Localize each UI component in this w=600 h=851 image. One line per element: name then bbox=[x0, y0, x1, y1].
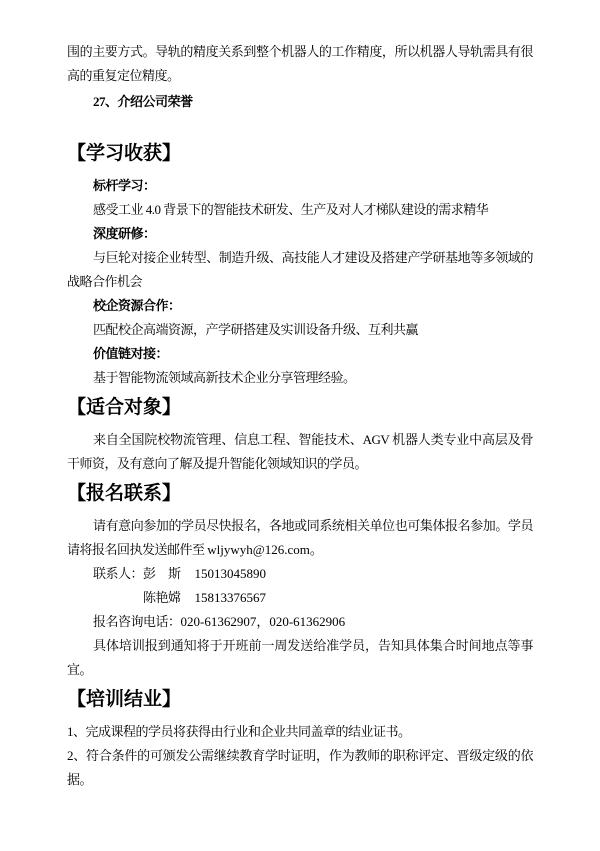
audience-body: 来自全国院校物流管理、信息工程、智能技术、AGV 机器人类专业中高层及骨干师资，… bbox=[67, 428, 533, 476]
section-heading-registration: 【报名联系】 bbox=[67, 482, 533, 506]
contact2-name: 陈艳嫦 bbox=[143, 590, 181, 605]
contact1-name: 彭 斯 bbox=[143, 566, 181, 581]
learning-item-body: 与巨轮对接企业转型、制造升级、高技能人才建设及搭建产学研基地等多领域的战略合作机… bbox=[67, 246, 533, 294]
learning-item-title: 标杆学习： bbox=[67, 174, 533, 198]
contact-line-2: 陈艳嫦15813376567 bbox=[67, 586, 533, 610]
contact-line-1: 联系人：彭 斯15013045890 bbox=[67, 562, 533, 586]
completion-item-2: 2、符合条件的可颁发公需继续教育学时证明，作为教师的职称评定、晋级定级的依据。 bbox=[67, 744, 533, 792]
section-heading-learning: 【学习收获】 bbox=[67, 142, 533, 166]
learning-item-body: 匹配校企高端资源，产学研搭建及实训设备升级、互利共赢 bbox=[67, 318, 533, 342]
learning-item-title: 价值链对接： bbox=[67, 342, 533, 366]
section-heading-audience: 【适合对象】 bbox=[67, 396, 533, 420]
registration-intro: 请有意向参加的学员尽快报名，各地或同系统相关单位也可集体报名参加。学员请将报名回… bbox=[67, 514, 533, 562]
email-text: wljywyh@126.com bbox=[207, 542, 310, 557]
learning-item-title: 深度研修： bbox=[67, 222, 533, 246]
registration-notice: 具体培训报到通知将于开班前一周发送给准学员，告知具体集合时间地点等事宜。 bbox=[67, 634, 533, 682]
continuation-paragraph: 围的主要方式。导轨的精度关系到整个机器人的工作精度，所以机器人导轨需具有很高的重… bbox=[67, 40, 533, 88]
section-heading-completion: 【培训结业】 bbox=[67, 688, 533, 712]
registration-intro-period: 。 bbox=[310, 542, 323, 557]
numbered-item-27: 27、介绍公司荣誉 bbox=[67, 90, 533, 114]
contact1-phone: 15013045890 bbox=[195, 566, 267, 581]
completion-item-1: 1、完成课程的学员将获得由行业和企业共同盖章的结业证书。 bbox=[67, 720, 533, 744]
learning-item-body: 感受工业 4.0 背景下的智能技术研发、生产及对人才梯队建设的需求精华 bbox=[67, 198, 533, 222]
phone-inquiry-line: 报名咨询电话：020-61362907，020-61362906 bbox=[67, 610, 533, 634]
contact2-phone: 15813376567 bbox=[195, 590, 267, 605]
document-page: 围的主要方式。导轨的精度关系到整个机器人的工作精度，所以机器人导轨需具有很高的重… bbox=[0, 0, 600, 851]
phone-inquiry-label: 报名咨询电话： bbox=[93, 614, 181, 629]
learning-item-body: 基于智能物流领域高新技术企业分享管理经验。 bbox=[67, 366, 533, 390]
contact-label: 联系人： bbox=[93, 566, 143, 581]
learning-item-title: 校企资源合作： bbox=[67, 294, 533, 318]
phone-inquiry-numbers: 020-61362907，020-61362906 bbox=[181, 614, 346, 629]
